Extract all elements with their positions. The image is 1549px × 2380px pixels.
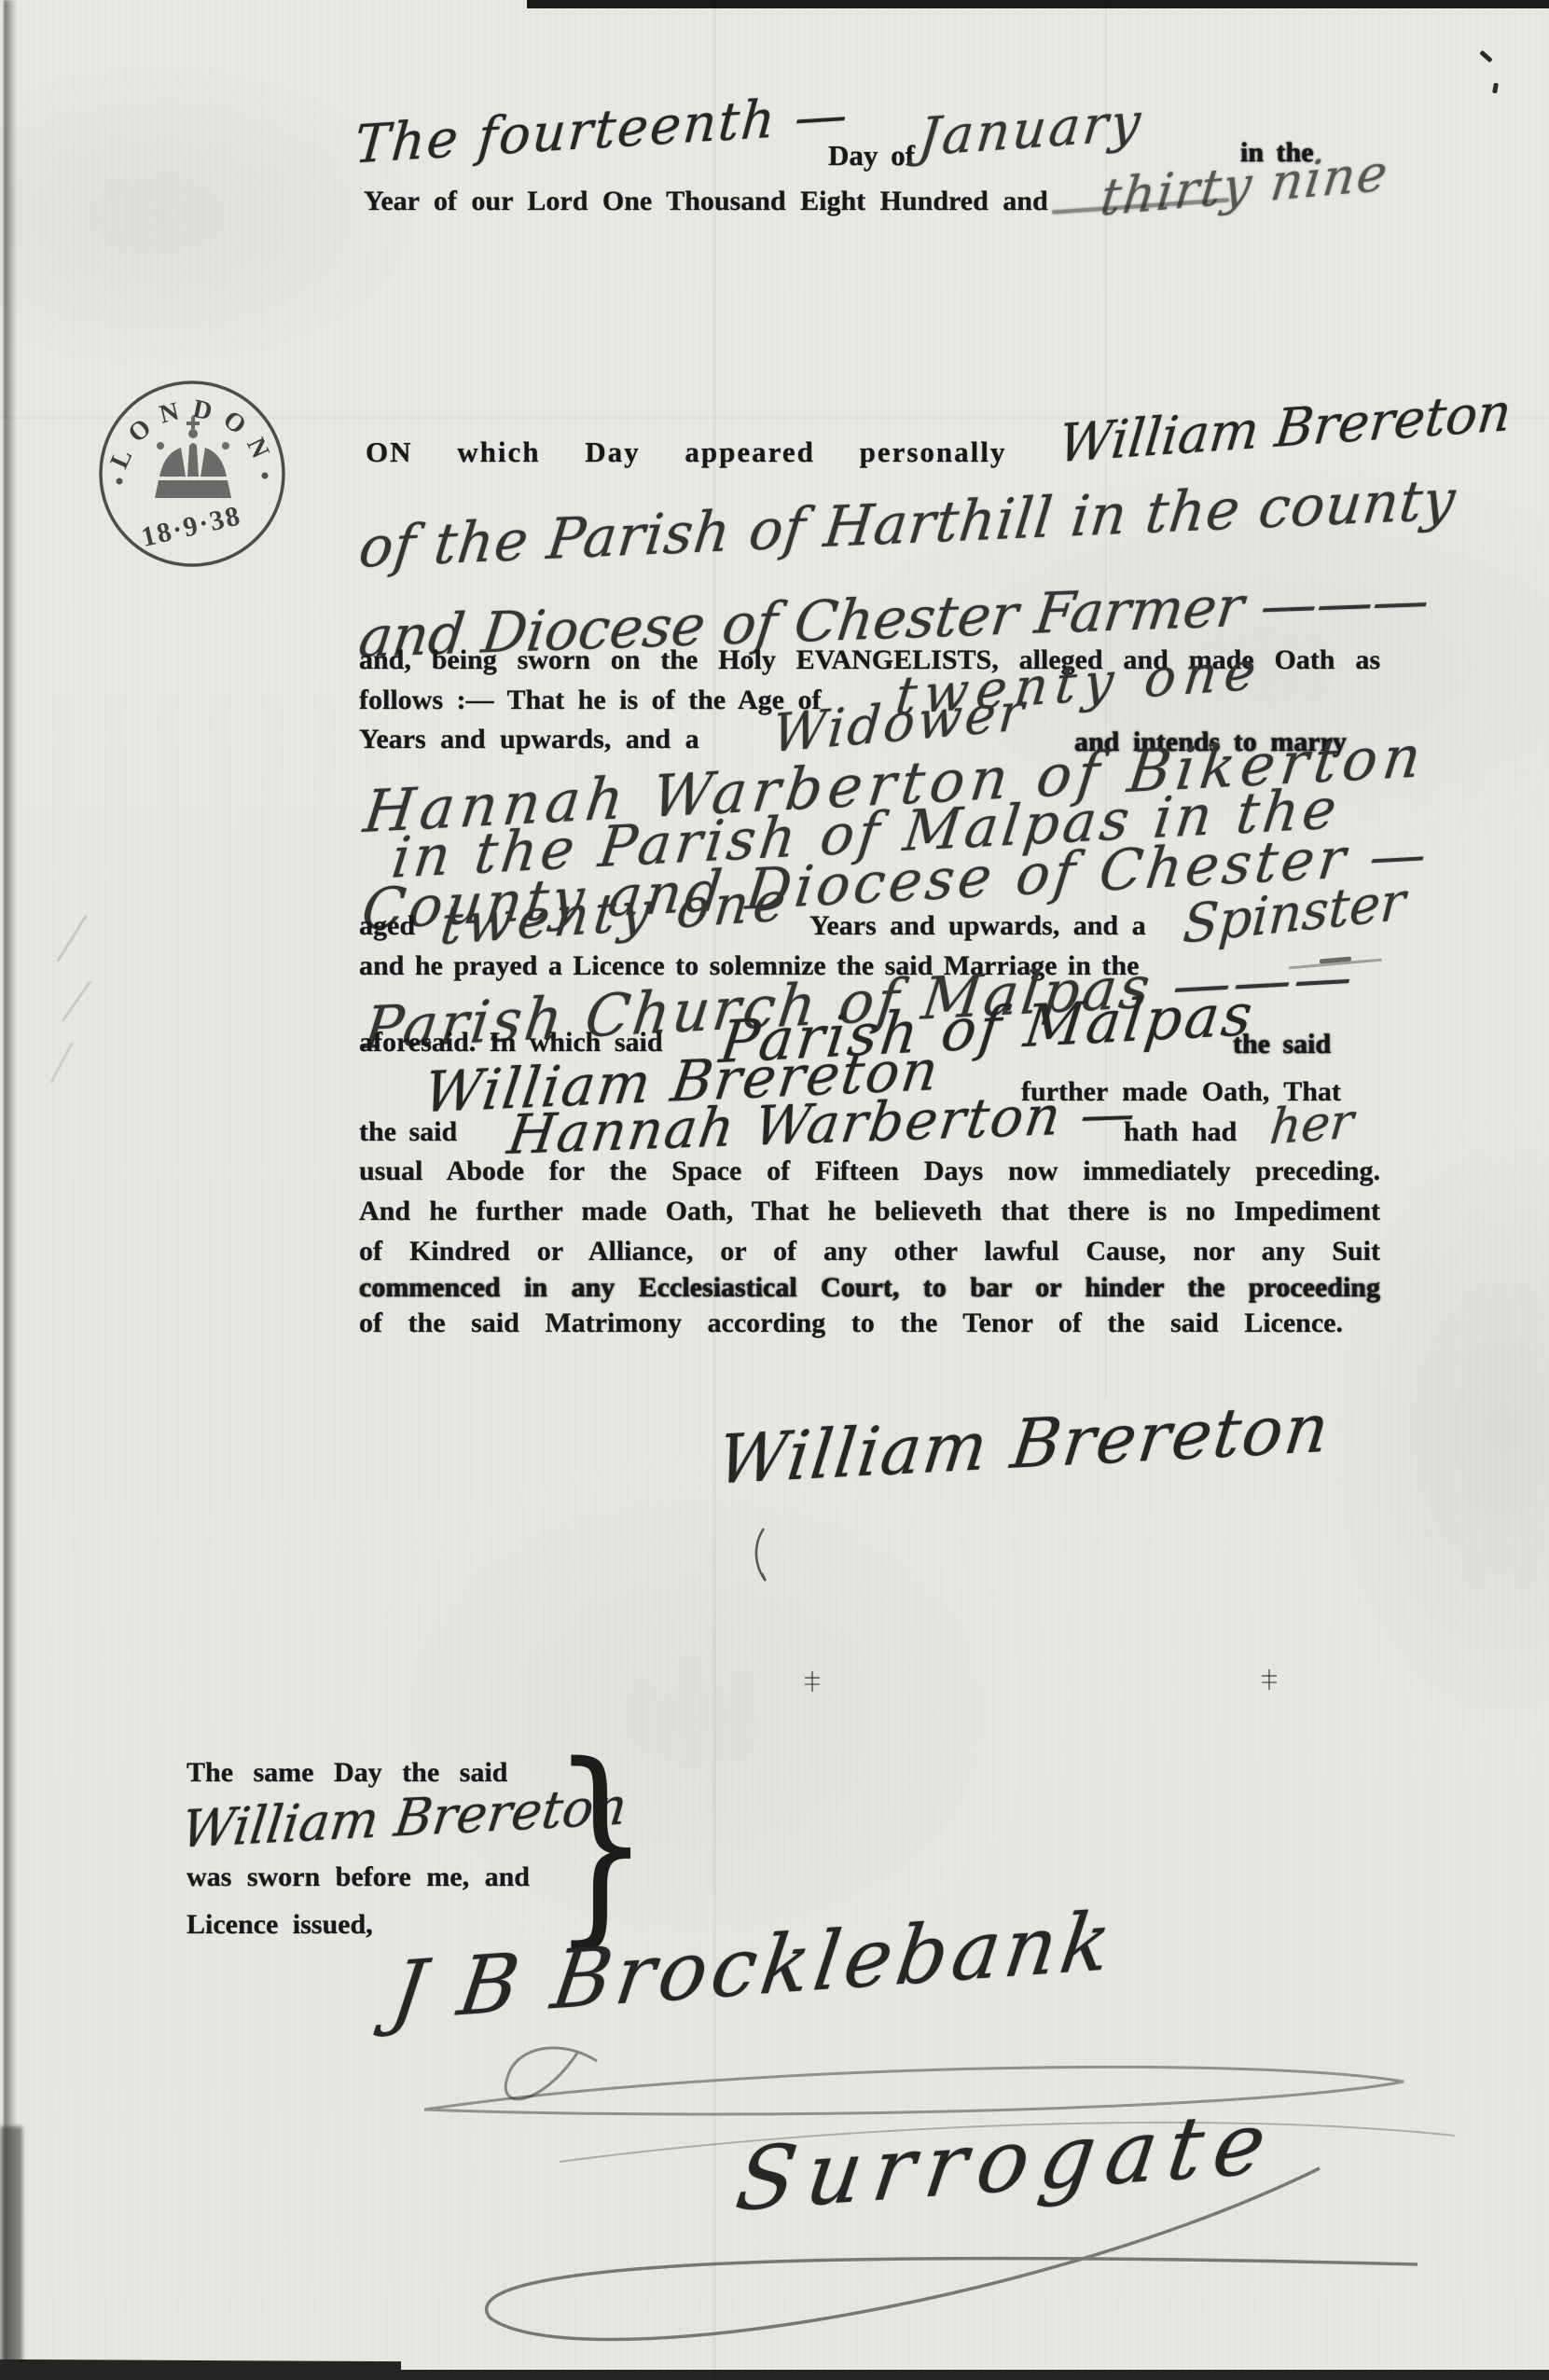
cross-mark-1	[804, 1671, 821, 1692]
scan-edge-left-lower	[0, 2126, 22, 2380]
pencil-mark-2	[62, 980, 91, 1021]
printed-year-line: Year of our Lord One Thousand Eight Hund…	[364, 185, 1048, 218]
london-stamp: LONDON 18·9·38	[93, 375, 291, 573]
oath-line-15: of Kindred or Alliance, or of any other …	[359, 1235, 1380, 1268]
hw-her: her	[1267, 1098, 1355, 1153]
scan-edge-left	[4, 0, 17, 2380]
oath-line-16: commenced in any Ecclesiastical Court, t…	[359, 1271, 1380, 1305]
printed-day-of-label: Day of	[828, 138, 915, 173]
attest-line-2: was sworn before me, and	[187, 1861, 530, 1894]
surrogate-signature: J B Brocklebank	[387, 1901, 1120, 2032]
pencil-mark-3	[49, 1043, 73, 1084]
cross-mark-2	[1261, 1669, 1278, 1690]
oath-line-13: usual Abode for the Space of Fifteen Day…	[359, 1155, 1380, 1188]
oath-line-2-printed: follows :— That he is of the Age of	[359, 684, 821, 717]
corner-mark-2	[1492, 83, 1499, 94]
printed-the-said-1: the said	[1233, 1028, 1331, 1061]
corner-mark-1	[1479, 50, 1492, 63]
hw-month: January	[916, 96, 1145, 164]
scan-edge-top	[527, 0, 1549, 8]
hw-date-day: The fourteenth —	[353, 90, 851, 173]
printed-appeared: ON which Day appeared personally	[366, 435, 1006, 469]
signature-william-brereton: William Brereton	[714, 1394, 1335, 1494]
printed-years-upwards: Years and upwards, and a	[809, 909, 1146, 943]
printed-hath-had: hath had	[1124, 1115, 1237, 1149]
oath-line-3-printed: Years and upwards, and a	[359, 723, 699, 756]
printed-the-said-2: the said	[359, 1115, 457, 1149]
hw-appear-name: William Brereton	[1057, 387, 1514, 471]
stamp-dot-right	[262, 473, 269, 479]
oath-line-17: of the said Matrimony according to the T…	[359, 1307, 1343, 1340]
scanned-document-page: The fourteenth — Day of January in the Y…	[0, 0, 1549, 2380]
pencil-mark-1	[56, 915, 87, 962]
printed-aged: aged	[359, 909, 415, 943]
surrogate-flourish	[261, 2154, 1473, 2380]
stamp-date-text: 18·9·38	[138, 500, 244, 553]
signature-squiggle	[741, 1525, 788, 1590]
stamp-dot-left	[117, 478, 123, 485]
attest-line-3: Licence issued,	[187, 1908, 373, 1942]
attest-brace: }	[552, 1737, 649, 1949]
oath-line-14: And he further made Oath, That he believ…	[359, 1195, 1380, 1228]
hw-appear-line2: of the Parish of Harthill in the county	[356, 472, 1459, 576]
hw-year: thirty nine	[1098, 147, 1391, 224]
